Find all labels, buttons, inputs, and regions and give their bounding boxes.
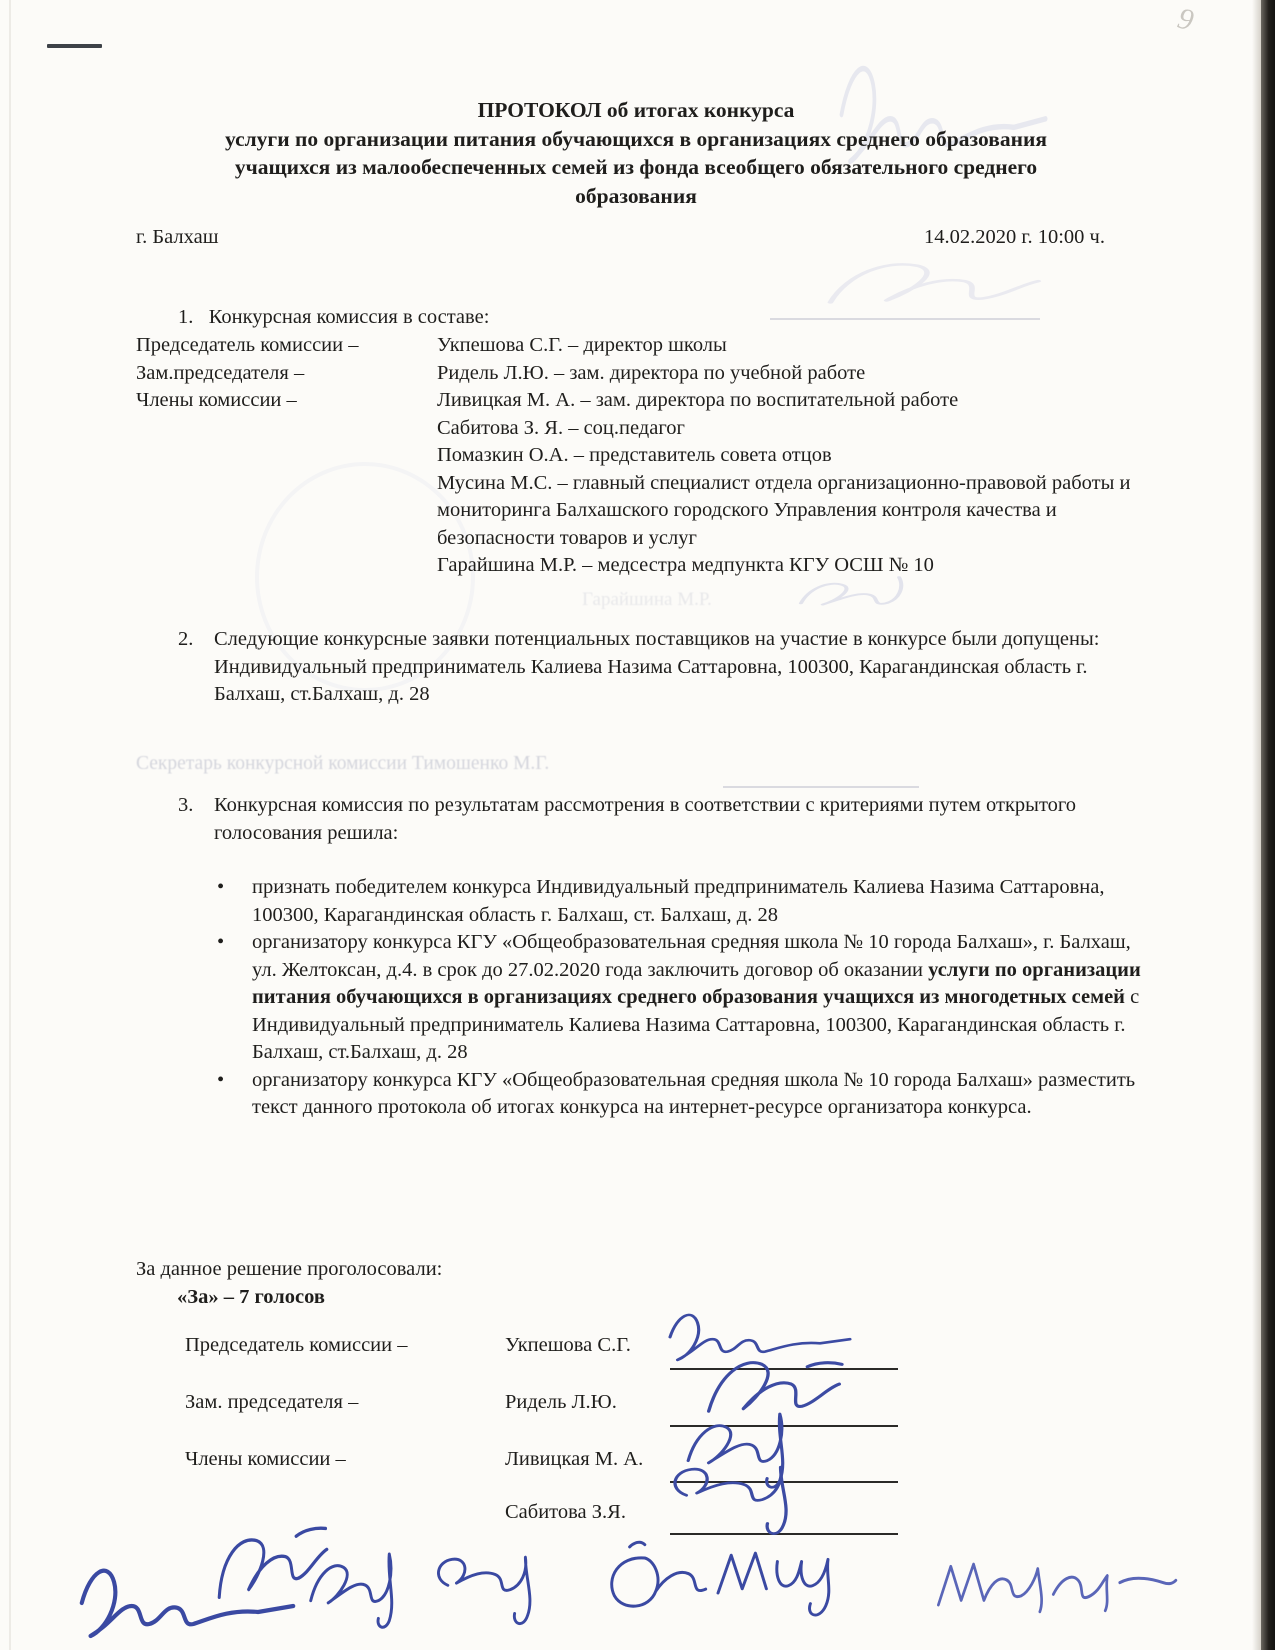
section-2-number: 2.: [178, 626, 193, 654]
signature-livitskaya: [302, 1534, 422, 1634]
signature-name: Сабитова З.Я.: [505, 1499, 626, 1527]
document-datetime: 14.02.2020 г. 10:00 ч.: [924, 224, 1105, 252]
signature-pomazkin: [597, 1538, 722, 1638]
section-2-text: Следующие конкурсные заявки потенциальны…: [214, 626, 1116, 709]
section-1-title: Конкурсная комиссия в составе:: [209, 306, 490, 328]
section-3-text: Конкурсная комиссия по результатам рассм…: [214, 792, 1116, 847]
ghost-secretary-line: Секретарь конкурсной комиссии Тимошенко …: [136, 750, 549, 778]
handwritten-page-number: 9: [1175, 5, 1196, 35]
voting-intro: За данное решение проголосовали:: [136, 1256, 442, 1284]
section-3-number: 3.: [178, 792, 193, 820]
scan-left-edge-line: [9, 0, 11, 1650]
voting-result: «За» – 7 голосов: [177, 1284, 325, 1312]
signature-name: Ридель Л.Ю.: [505, 1389, 617, 1417]
document-city: г. Балхаш: [136, 224, 219, 252]
title-line-4: образования: [130, 182, 1142, 211]
signature-sabitova: [422, 1542, 562, 1634]
bullet-icon: •: [217, 874, 252, 929]
signature-sabitova: [655, 1452, 825, 1544]
document-title: ПРОТОКОЛ об итогах конкурса услуги по ор…: [130, 96, 1142, 210]
bullet-icon: •: [217, 929, 252, 1067]
ghost-signature-icon: [800, 256, 1060, 314]
commission-row: Сабитова З. Я. – соц.педагог: [136, 415, 1156, 443]
commission-row: Зам.председателя –Ридель Л.Ю. – зам. дир…: [136, 360, 1156, 388]
commission-person: Помазкин О.А. – представитель совета отц…: [437, 442, 1157, 470]
decision-bullet: • признать победителем конкурса Индивиду…: [217, 874, 1159, 929]
commission-row: Помазкин О.А. – представитель совета отц…: [136, 442, 1156, 470]
commission-person: Укпешова С.Г. – директор школы: [437, 332, 1157, 360]
section-1-number: 1.: [178, 306, 193, 328]
bullet-icon: •: [217, 1067, 252, 1122]
signature-role: Зам. председателя –: [185, 1389, 358, 1417]
commission-row: Мусина М.С. – главный специалист отдела …: [136, 470, 1156, 553]
scan-right-edge-shadow: [1252, 0, 1261, 1650]
commission-list: Председатель комиссии –Укпешова С.Г. – д…: [136, 332, 1156, 580]
signature-name: Ливицкая М. А.: [505, 1446, 643, 1474]
scan-top-left-mark: [47, 44, 102, 48]
commission-role: Члены комиссии –: [136, 387, 297, 415]
bullet-text-pre: организатору конкурса КГУ «Общеобразоват…: [252, 1069, 1135, 1119]
signature-garaishina-2: [1045, 1550, 1180, 1620]
commission-person: Сабитова З. Я. – соц.педагог: [437, 415, 1157, 443]
commission-row: Председатель комиссии –Укпешова С.Г. – д…: [136, 332, 1156, 360]
bullet-text: признать победителем конкурса Индивидуал…: [252, 874, 1159, 929]
bullet-text: организатору конкурса КГУ «Общеобразоват…: [252, 929, 1159, 1067]
title-line-2: услуги по организации питания обучающихс…: [130, 125, 1142, 154]
commission-role: Зам.председателя –: [136, 360, 304, 388]
ghost-underline: [723, 786, 919, 788]
scan-right-edge-strip: [1261, 0, 1275, 1650]
decision-bullet-list: • признать победителем конкурса Индивиду…: [217, 874, 1159, 1122]
commission-person: Ливицкая М. А. – зам. директора по воспи…: [437, 387, 1157, 415]
commission-row: Гарайшина М.Р. – медсестра медпункта КГУ…: [136, 552, 1156, 580]
bullet-text: организатору конкурса КГУ «Общеобразоват…: [252, 1067, 1159, 1122]
commission-role: Председатель комиссии –: [136, 332, 359, 360]
scanned-protocol-document: 9 Гарайшина М.Р. Секретарь конкурсной ко…: [0, 0, 1275, 1650]
signature-musina: [707, 1532, 872, 1632]
commission-person: Гарайшина М.Р. – медсестра медпункта КГУ…: [437, 552, 1157, 580]
bullet-text-pre: признать победителем конкурса Индивидуал…: [252, 876, 1104, 926]
signature-role: Председатель комиссии –: [185, 1332, 408, 1360]
place-date-line: г. Балхаш 14.02.2020 г. 10:00 ч.: [136, 224, 1105, 252]
signature-role: Члены комиссии –: [185, 1446, 346, 1474]
decision-bullet: • организатору конкурса КГУ «Общеобразов…: [217, 929, 1159, 1067]
commission-person: Мусина М.С. – главный специалист отдела …: [437, 470, 1157, 553]
title-line-1: ПРОТОКОЛ об итогах конкурса: [130, 96, 1142, 125]
decision-bullet: • организатору конкурса КГУ «Общеобразов…: [217, 1067, 1159, 1122]
ghost-underline: [770, 318, 1040, 320]
commission-person: Ридель Л.Ю. – зам. директора по учебной …: [437, 360, 1157, 388]
signature-name: Укпешова С.Г.: [505, 1332, 631, 1360]
section-1-heading: 1. Конкурсная комиссия в составе:: [178, 304, 489, 332]
ghost-name-text: Гарайшина М.Р.: [582, 586, 712, 614]
commission-row: Члены комиссии –Ливицкая М. А. – зам. ди…: [136, 387, 1156, 415]
title-line-3: учащихся из малообеспеченных семей из фо…: [130, 153, 1142, 182]
